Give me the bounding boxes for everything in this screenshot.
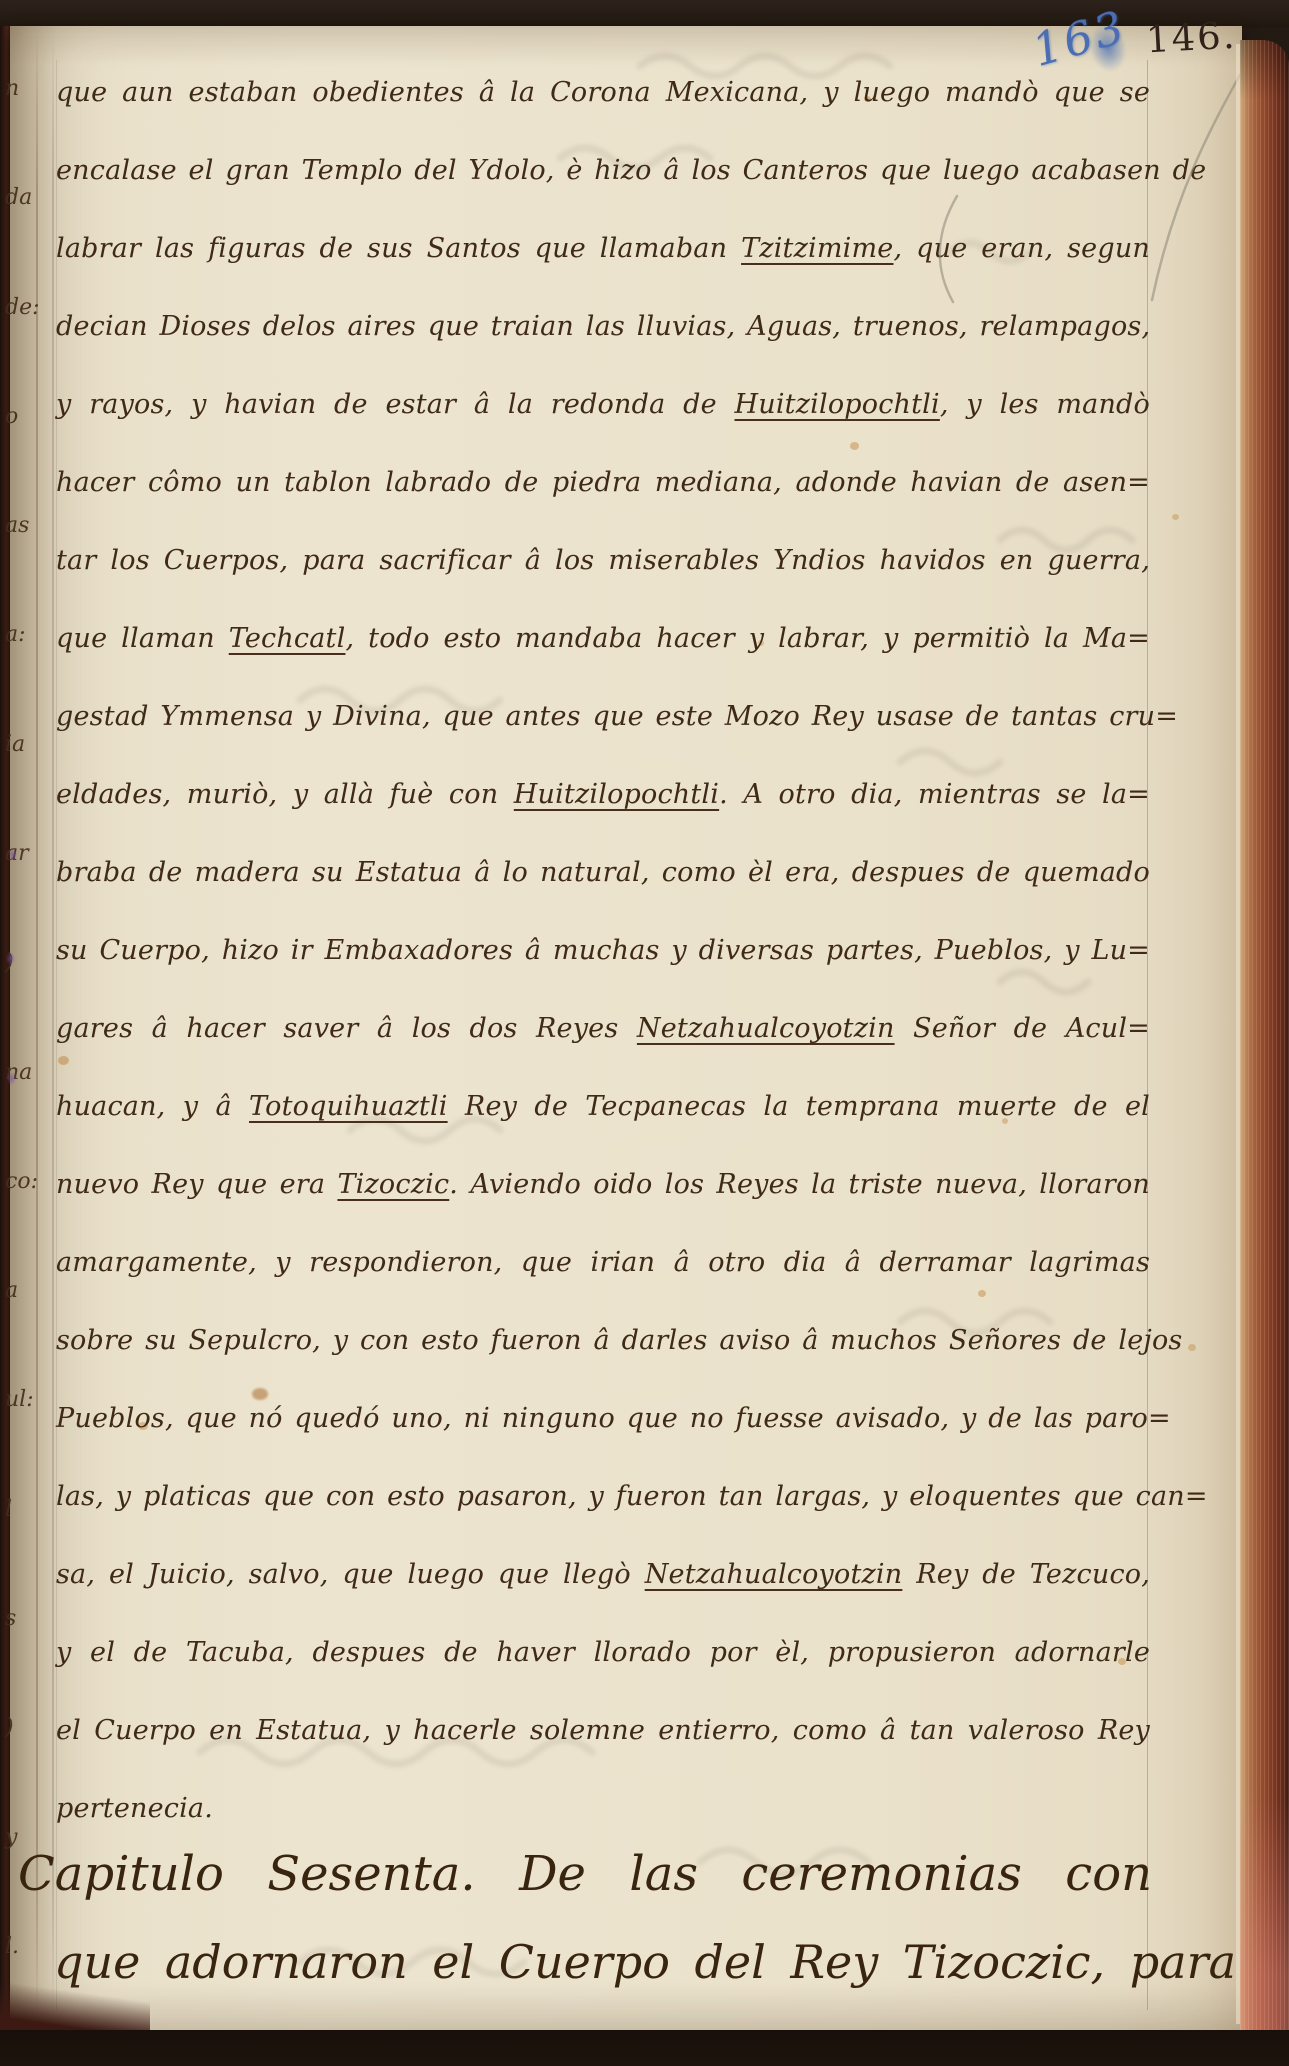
manuscript-line: su Cuerpo, hizo ir Embaxadores â muchas … (56, 912, 1150, 990)
line-text: sa, el Juicio, salvo, que luego que lleg… (56, 1559, 645, 1590)
line-text: que aun estaban obedientes â la Corona M… (56, 77, 1150, 108)
gutter-fragment: a (5, 1280, 18, 1302)
line-text: huacan, y â (56, 1091, 249, 1122)
manuscript-line: eldades, muriò, y allà fuè con Huitzilop… (56, 756, 1150, 834)
manuscript-line: y rayos, y havian de estar â la redonda … (56, 366, 1150, 444)
manuscript-photo: ndade:oasa:iaar)naco:aul:ls)yl. que aun … (0, 0, 1289, 2066)
manuscript-text-block: que aun estaban obedientes â la Corona M… (56, 54, 1150, 1848)
gutter-fragment: l (5, 1499, 12, 1521)
manuscript-line: que aun estaban obedientes â la Corona M… (56, 54, 1150, 132)
manuscript-line: huacan, y â Totoquihuaztli Rey de Tecpan… (56, 1068, 1150, 1146)
line-text: encalase el gran Templo del Ydolo, è hiz… (56, 155, 1206, 186)
chapter-heading-line-2: que adornaron el Cuerpo del Rey Tizoczic… (54, 1916, 1236, 2008)
line-text: y rayos, y havian de estar â la redonda … (56, 389, 735, 420)
chapter-heading-line-1: Capitulo Sesenta. De las ceremonias con (18, 1828, 1152, 1920)
foxing-spot (1172, 514, 1179, 520)
manuscript-line: y el de Tacuba, despues de haver llorado… (56, 1614, 1150, 1692)
line-text: Rey de Tezcuco, (902, 1559, 1150, 1590)
manuscript-line: tar los Cuerpos, para sacrificar â los m… (56, 522, 1150, 600)
manuscript-line: las, y platicas que con esto pasaron, y … (56, 1458, 1150, 1536)
gutter-fragment: ul: (5, 1389, 34, 1411)
gutter-fragments-column: ndade:oasa:iaar)naco:aul:ls)yl. (5, 78, 37, 1958)
line-text: pertenecia. (56, 1793, 213, 1824)
manuscript-line: sa, el Juicio, salvo, que luego que lleg… (56, 1536, 1150, 1614)
gutter-fragment: ) (5, 1717, 14, 1739)
line-text: y el de Tacuba, despues de haver llorado… (56, 1637, 1150, 1668)
underlined-proper-noun: Huitzilopochtli (735, 389, 940, 420)
underlined-proper-noun: Tizoczic (337, 1169, 449, 1200)
line-text: amargamente, y respondieron, que irian â… (56, 1247, 1150, 1278)
manuscript-line: gares â hacer saver â los dos Reyes Netz… (56, 990, 1150, 1068)
book-fore-edge (1240, 40, 1289, 2036)
line-text: tar los Cuerpos, para sacrificar â los m… (56, 545, 1150, 576)
violet-mark (7, 1072, 16, 1085)
underlined-proper-noun: Huitzilopochtli (514, 779, 719, 810)
manuscript-line: sobre su Sepulcro, y con esto fueron â d… (56, 1302, 1150, 1380)
line-text: sobre su Sepulcro, y con esto fueron â d… (56, 1325, 1182, 1356)
underlined-proper-noun: Netzahualcoyotzin (645, 1559, 903, 1590)
line-text: . A otro dia, mientras se la= (719, 779, 1150, 810)
gutter-fragment: o (5, 406, 18, 428)
line-text: , que eran, segun (893, 233, 1150, 264)
underlined-proper-noun: Tzitzimime (741, 233, 893, 264)
underlined-proper-noun: Totoquihuaztli (249, 1091, 448, 1122)
manuscript-line: braba de madera su Estatua â lo natural,… (56, 834, 1150, 912)
line-text: Rey de Tecpanecas la temprana muerte de … (448, 1091, 1150, 1122)
underlined-proper-noun: Techcatl (229, 623, 346, 654)
gutter-fragment: a: (5, 624, 26, 646)
violet-mark (8, 848, 17, 861)
violet-mark (6, 952, 15, 965)
gutter-fragment: de: (5, 297, 40, 319)
gutter-fragment: as (5, 515, 29, 537)
gutter-fragment: l. (5, 1936, 19, 1958)
gutter-fragment: ia (5, 734, 25, 756)
manuscript-line: decian Dioses delos aires que traian las… (56, 288, 1150, 366)
manuscript-line: que llaman Techcatl, todo esto mandaba h… (56, 600, 1150, 678)
line-text: su Cuerpo, hizo ir Embaxadores â muchas … (56, 935, 1150, 966)
line-text: las, y platicas que con esto pasaron, y … (56, 1481, 1208, 1512)
manuscript-line: labrar las figuras de sus Santos que lla… (56, 210, 1150, 288)
manuscript-line: encalase el gran Templo del Ydolo, è hiz… (56, 132, 1150, 210)
manuscript-line: gestad Ymmensa y Divina, que antes que e… (56, 678, 1150, 756)
line-text: que llaman (56, 623, 229, 654)
folio-number-ink: 146. (1145, 14, 1238, 62)
line-text: labrar las figuras de sus Santos que lla… (56, 233, 741, 264)
line-text: Pueblos, que nó quedó uno, ni ninguno qu… (56, 1403, 1171, 1434)
foxing-spot (1188, 1344, 1196, 1351)
book-spine-bottom (0, 2030, 1289, 2066)
manuscript-line: nuevo Rey que era Tizoczic. Aviendo oido… (56, 1146, 1150, 1224)
book-binding-corner (0, 1980, 150, 2032)
line-text: eldades, muriò, y allà fuè con (56, 779, 514, 810)
underlined-proper-noun: Netzahualcoyotzin (637, 1013, 895, 1044)
line-text: nuevo Rey que era (56, 1169, 337, 1200)
line-text: , y les mandò (940, 389, 1150, 420)
gutter-fragment: co: (5, 1171, 38, 1193)
gutter-fragment: n (5, 78, 19, 100)
manuscript-line: amargamente, y respondieron, que irian â… (56, 1224, 1150, 1302)
gutter-fragment: s (5, 1608, 16, 1630)
line-text: gares â hacer saver â los dos Reyes (56, 1013, 637, 1044)
manuscript-line: hacer cômo un tablon labrado de piedra m… (56, 444, 1150, 522)
line-text: el Cuerpo en Estatua, y hacerle solemne … (56, 1715, 1150, 1746)
line-text: gestad Ymmensa y Divina, que antes que e… (56, 701, 1178, 732)
manuscript-line: el Cuerpo en Estatua, y hacerle solemne … (56, 1692, 1150, 1770)
line-text: decian Dioses delos aires que traian las… (56, 311, 1150, 342)
line-text: braba de madera su Estatua â lo natural,… (56, 857, 1150, 888)
manuscript-line: Pueblos, que nó quedó uno, ni ninguno qu… (56, 1380, 1150, 1458)
gutter-fragment: y (5, 1827, 17, 1849)
gutter-fragment: da (5, 187, 32, 209)
line-text: hacer cômo un tablon labrado de piedra m… (56, 467, 1150, 498)
gutter-crease (52, 30, 54, 2020)
line-text: , todo esto mandaba hacer y labrar, y pe… (345, 623, 1150, 654)
line-text: . Aviendo oido los Reyes la triste nueva… (449, 1169, 1150, 1200)
line-text: Señor de Acul= (895, 1013, 1150, 1044)
